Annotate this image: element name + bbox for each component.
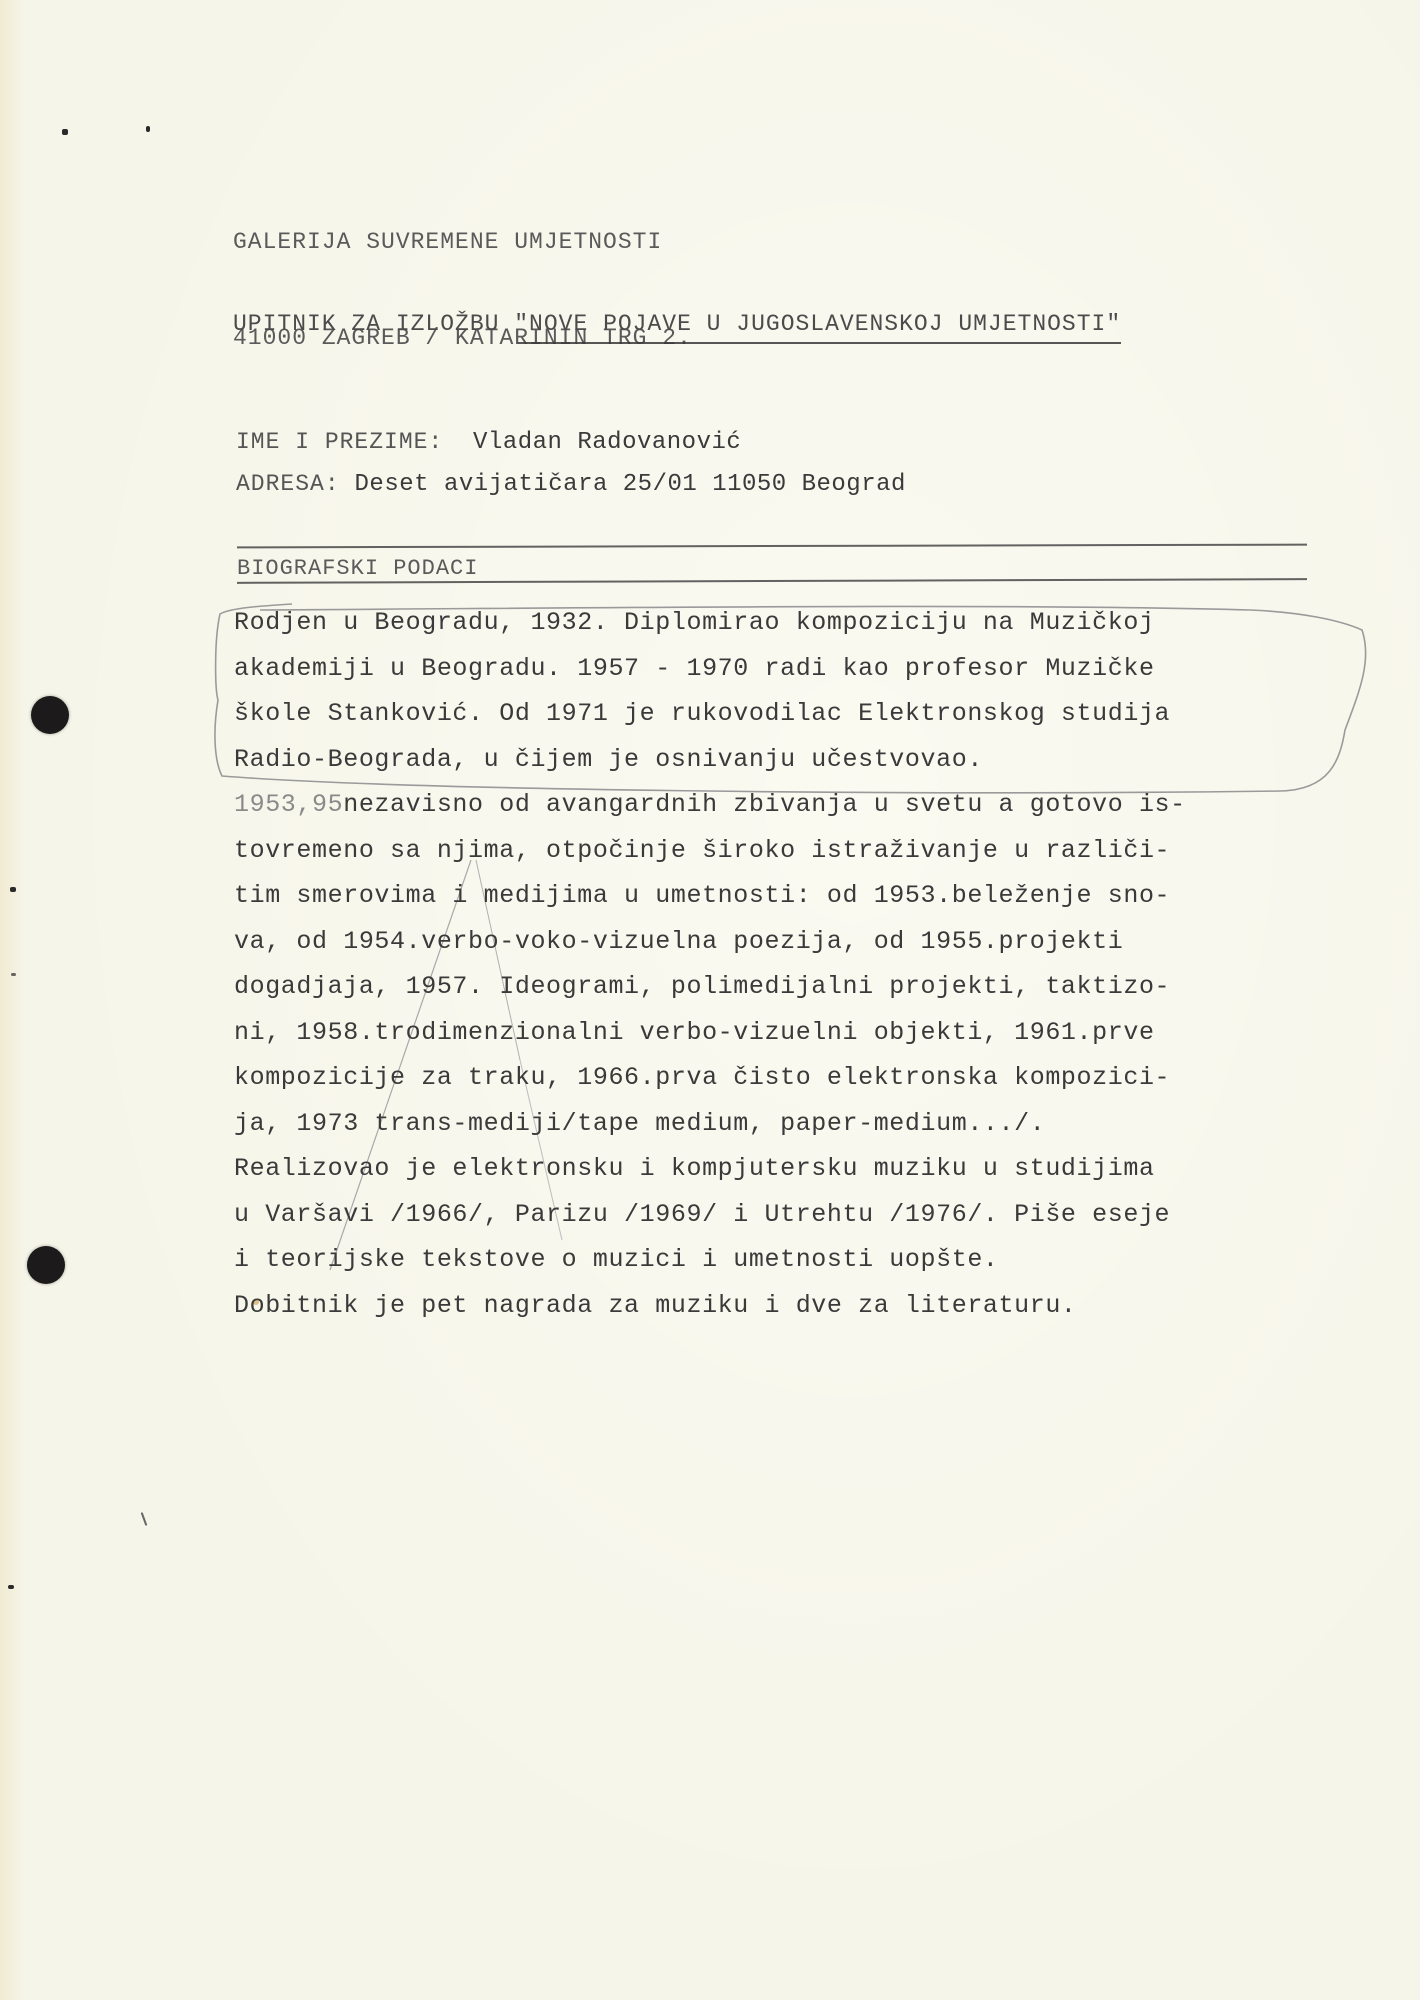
staple-mark	[62, 129, 68, 135]
staple-mark	[10, 887, 16, 892]
bio-line: Rodjen u Beogradu, 1932. Diplomirao komp…	[234, 600, 1186, 646]
name-label: IME I PREZIME:	[236, 429, 443, 455]
punch-hole-upper	[31, 696, 69, 734]
questionnaire-prefix: UPITNIK ZA IZLOŽBU	[233, 311, 514, 337]
bio-line-rest: nezavisno od avangardnih zbivanja u svet…	[343, 790, 1186, 819]
bio-line: Dobitnik je pet nagrada za muziku i dve …	[234, 1283, 1186, 1329]
bio-line: škole Stanković. Od 1971 je rukovodilac …	[234, 691, 1186, 737]
section-rule-top	[237, 544, 1307, 549]
staple-mark	[146, 126, 150, 132]
bio-line: tovremeno sa njima, otpočinje široko ist…	[234, 828, 1186, 874]
bio-line: Realizovao je elektronsku i kompjutersku…	[234, 1146, 1186, 1192]
staple-mark	[11, 973, 16, 976]
letterhead-institution: GALERIJA SUVREMENE UMJETNOSTI	[233, 226, 692, 258]
letterhead: GALERIJA SUVREMENE UMJETNOSTI 41000 ZAGR…	[233, 162, 692, 418]
bio-line: ni, 1958.trodimenzionalni verbo-vizuelni…	[234, 1010, 1186, 1056]
bio-line: 1953,95nezavisno od avangardnih zbivanja…	[234, 782, 1186, 828]
address-field: ADRESA: Deset avijatičara 25/01 11050 Be…	[236, 467, 906, 502]
bio-line: tim smerovima i medijima u umetnosti: od…	[234, 873, 1186, 919]
name-value: Vladan Radovanović	[473, 429, 741, 456]
biography-text: Rodjen u Beogradu, 1932. Diplomirao komp…	[234, 600, 1186, 1328]
bio-line: va, od 1954.verbo-voko-vizuelna poezija,…	[234, 919, 1186, 965]
section-heading: BIOGRAFSKI PODACI	[237, 556, 478, 581]
punch-hole-lower	[27, 1246, 65, 1284]
bio-line: ja, 1973 trans-mediji/tape medium, paper…	[234, 1101, 1186, 1147]
address-label: ADRESA:	[236, 471, 340, 497]
bio-line: kompozicije za traku, 1966.prva čisto el…	[234, 1055, 1186, 1101]
bio-line: u Varšavi /1966/, Parizu /1969/ i Utreht…	[234, 1192, 1186, 1238]
bio-line: dogadjaja, 1957. Ideogrami, polimedijaln…	[234, 964, 1186, 1010]
exhibition-title: "NOVE POJAVE U JUGOSLAVENSKOJ UMJETNOSTI…	[514, 311, 1121, 337]
pencil-tick-mark	[141, 1512, 148, 1526]
address-value: Deset avijatičara 25/01 11050 Beograd	[355, 471, 906, 498]
bio-line: i teorijske tekstove o muzici i umetnost…	[234, 1237, 1186, 1283]
overstruck-date: 1953,95	[234, 790, 343, 819]
staple-mark	[8, 1585, 14, 1589]
questionnaire-title: UPITNIK ZA IZLOŽBU "NOVE POJAVE U JUGOSL…	[233, 311, 1121, 337]
bio-line: akademiji u Beogradu. 1957 - 1970 radi k…	[234, 646, 1186, 692]
name-field: IME I PREZIME: Vladan Radovanović	[236, 425, 741, 460]
bio-line: Radio-Beograda, u čijem je osnivanju uče…	[234, 737, 1186, 783]
scanned-document-page: GALERIJA SUVREMENE UMJETNOSTI 41000 ZAGR…	[0, 0, 1420, 2000]
